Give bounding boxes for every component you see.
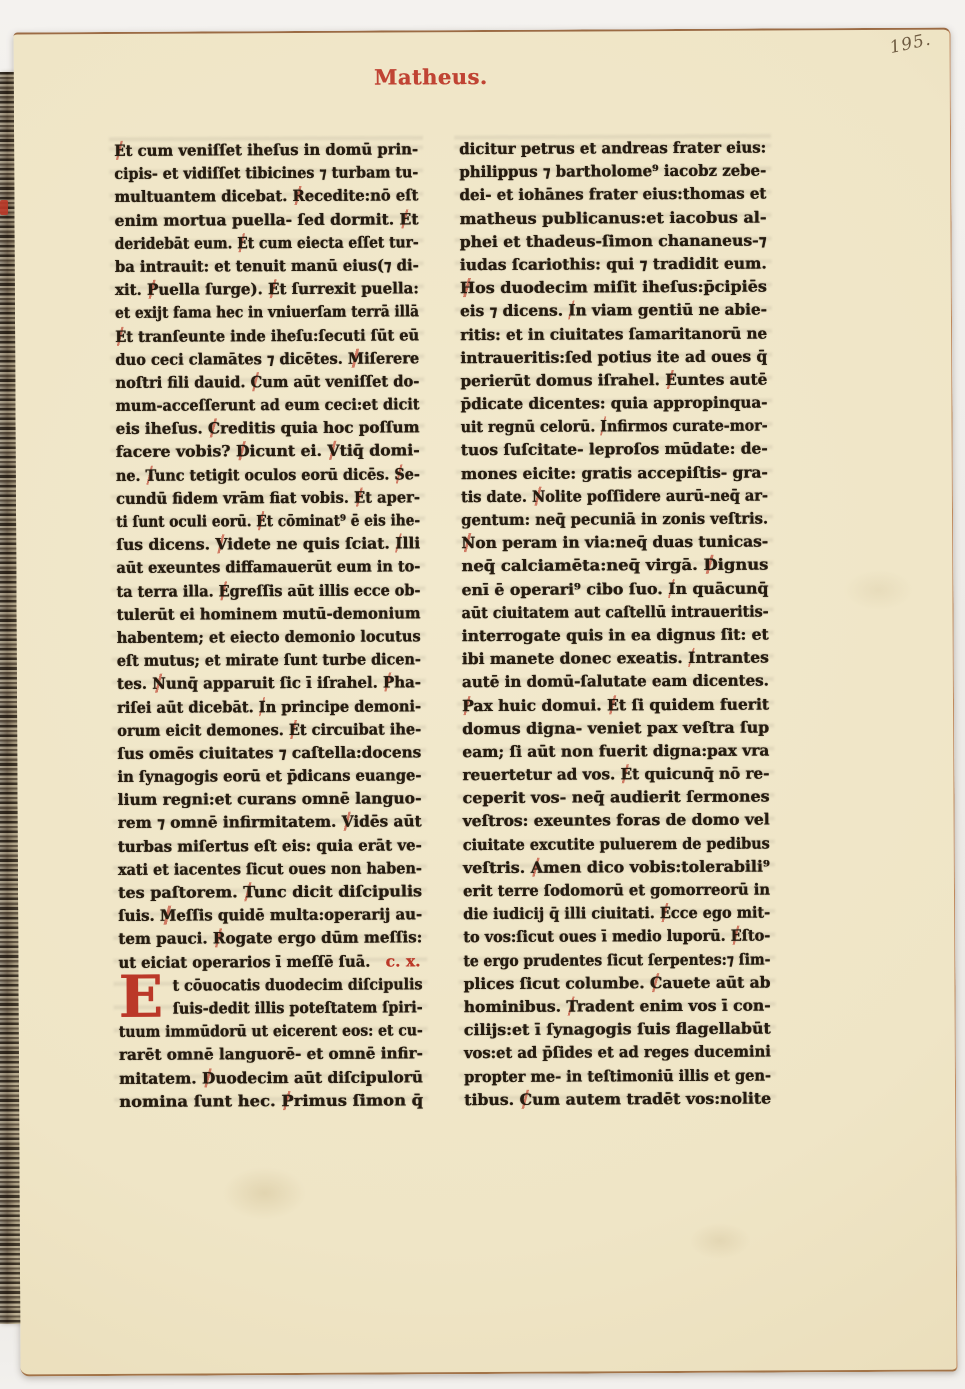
text-line: neq̄ calciamēta:neq̄ virgā. Dignus — [461, 553, 768, 578]
line-text: eſt mutus; et mirate ſunt turbe dicen- — [117, 647, 421, 672]
text-line: gentum: neq̄ pecuniā in zonis veſtris. — [461, 507, 768, 532]
line-text: enī ē operari⁹ cibo ſuo. In quācunq̄ — [461, 576, 768, 601]
line-text: eam; ſi aūt non fuerit digna:pax vra — [462, 738, 769, 763]
line-text: plices ſicut columbe. Cauete aūt ab — [463, 970, 770, 995]
line-text: tes paſtorem. Tunc dicit diſcipulis — [118, 879, 422, 904]
line-text: uit regnū celorū. Infirmos curate-mor- — [460, 414, 767, 439]
line-text: xati et iacentes ſicut oues non haben- — [118, 856, 422, 881]
rubricated-capital: I — [259, 697, 266, 716]
manuscript-page: 195. Matheus. Et cum veniſſet iheſus in … — [13, 28, 957, 1377]
line-text: vos:et ad p̄ſides et ad reges ducemini — [464, 1040, 771, 1065]
line-text: duo ceci clamātes ⁊ dicētes. Miſerere — [115, 346, 419, 371]
line-text: autē in domū-ſalutate eam dicentes. — [462, 669, 769, 694]
line-text: veſtris. Amen dico vobis:tolerabili⁹ — [463, 854, 770, 879]
text-line: in ſynagogis eorū et p̄dicans euange- — [117, 763, 421, 788]
text-line: rarēt omnē languorē- et omnē infir- — [119, 1042, 423, 1067]
text-line: p̄dicate dicentes: quia appropinqua- — [460, 391, 767, 416]
text-line: enī ē operari⁹ cibo ſuo. In quācunq̄ — [461, 576, 768, 601]
text-line: tuum immūdorū ut eicerent eos: et cu- — [119, 1018, 423, 1043]
text-line: uit regnū celorū. Infirmos curate-mor- — [460, 414, 767, 439]
text-line: Et cum veniſſet iheſus in domū prin- — [114, 137, 418, 162]
line-text: mum-acceſſerunt ad eum ceci:et dicit — [115, 392, 419, 417]
text-line: te ergo prudentes ſicut ſerpentes:⁊ ſim- — [463, 947, 770, 972]
rubricated-capital: E — [237, 233, 248, 252]
line-text: to vos:ſicut oues ī medio luporū. Eſto- — [463, 924, 770, 949]
line-text: aūt exeuntes diffamauerūt eum in to- — [116, 555, 420, 580]
line-text: hominibus. Tradent enim vos ī con- — [464, 993, 771, 1018]
rubricated-capital: V — [327, 441, 339, 460]
rubricated-capital: R — [292, 186, 304, 205]
line-text: iudas ſcariothis: qui ⁊ tradidit eum. — [460, 251, 767, 276]
text-line: ibi manete donec exeatis. Intrantes — [462, 646, 769, 671]
text-line: ti ſunt oculi eorū. Et cōminat⁹ ē eis ih… — [116, 508, 420, 533]
rubricated-capital: S — [394, 464, 404, 483]
line-text: mitatem. Duodecim aūt diſcipulorū — [119, 1065, 423, 1090]
line-text: t cōuocatis duodecim diſcipulis — [172, 972, 422, 997]
rubricated-capital: P — [383, 673, 394, 692]
line-text: cipis- et vidiſſet tibicines ⁊ turbam tu… — [114, 161, 418, 186]
line-text: ſus dicens. Videte ne quis ſciat. Illi — [116, 532, 420, 557]
line-text: Et cum veniſſet iheſus in domū prin- — [114, 137, 418, 162]
rubricated-capital: I — [568, 301, 575, 320]
line-text: ti ſunt oculi eorū. Et cōminat⁹ ē eis ih… — [116, 508, 420, 533]
rubricated-capital: P — [281, 1091, 293, 1110]
line-text: ritis: et in ciuitates ſamaritanorū ne — [460, 321, 767, 346]
text-line: plices ſicut columbe. Cauete aūt ab — [463, 970, 770, 995]
line-text: perierūt domus iſrahel. Euntes autē — [460, 367, 767, 392]
rubricated-capital: N — [461, 533, 475, 552]
line-text: die iudicij q̄ illi ciuitati. Ecce ego m… — [463, 901, 770, 926]
text-line: ba intrauit: et tenuit manū eius(⁊ di- — [115, 253, 419, 278]
rubricated-capital: E — [730, 926, 741, 945]
rubricated-capital: T — [566, 996, 577, 1015]
line-text: deridebāt eum. Et cum eiecta eſſet tur- — [115, 230, 419, 255]
text-line: riſei aūt dicebāt. In principe demoni- — [117, 694, 421, 719]
text-line: tes. Nunq̄ apparuit ſic ī iſrahel. Pha- — [117, 671, 421, 696]
text-line: Pax huic domui. Et ſi quidem fuerit — [462, 692, 769, 717]
line-text: ta terra illa. Egreſſis aūt illis ecce o… — [116, 578, 420, 603]
line-text: erit terre ſodomorū et gomorreorū in — [463, 878, 770, 903]
line-text: matheus publicanus:et iacobus al- — [459, 205, 766, 230]
text-line: matheus publicanus:et iacobus al- — [459, 205, 766, 230]
line-text: lium regni:et curans omnē languo- — [117, 787, 421, 812]
text-line: Non peram in via:neq̄ duas tunicas- — [461, 530, 768, 555]
text-line: die iudicij q̄ illi ciuitati. Ecce ego m… — [463, 901, 770, 926]
text-line: mum-acceſſerunt ad eum ceci:et dicit — [115, 392, 419, 417]
rubricated-capital: E — [115, 326, 126, 345]
text-line: cundū fidem vrām fiat vobis. Et aper- — [116, 485, 420, 510]
line-text: Non peram in via:neq̄ duas tunicas- — [461, 530, 768, 555]
text-line: multuantem dicebat. Recedite:nō eſt — [114, 184, 418, 209]
rubricated-capital: M — [160, 906, 177, 925]
text-line: cipis- et vidiſſet tibicines ⁊ turbam tu… — [114, 161, 418, 186]
line-text: ceperit vos- neq̄ audierit ſermones — [462, 785, 769, 810]
line-text: xit. Puella ſurge). Et ſurrexit puella: — [115, 276, 419, 301]
line-text: p̄dicate dicentes: quia appropinqua- — [460, 391, 767, 416]
red-edge-mark — [0, 200, 8, 215]
text-line: noſtri fili dauid. Cum aūt veniſſet do- — [115, 369, 419, 394]
line-text: rem ⁊ omnē infirmitatem. Vidēs aūt — [118, 810, 422, 835]
line-text: enim mortua puella- ſed dormit. Et — [114, 207, 418, 232]
line-text: tulerūt ei hominem mutū-demonium — [116, 601, 420, 626]
line-text: habentem; et eiecto demonio locutus — [117, 624, 421, 649]
text-line: tulerūt ei hominem mutū-demonium — [116, 601, 420, 626]
rubricated-capital: C — [208, 419, 220, 438]
line-text: propter me- in teſtimoniū illis et gen- — [464, 1063, 771, 1088]
text-line: et exijt fama hec in vniuerſam terrā ill… — [115, 300, 419, 325]
text-line: ciuitate excutite puluerem de pedibus — [463, 831, 770, 856]
text-line: veſtris. Amen dico vobis:tolerabili⁹ — [463, 854, 770, 879]
text-line: eam; ſi aūt non fuerit digna:pax vra — [462, 738, 769, 763]
text-line: eſt mutus; et mirate ſunt turbe dicen- — [117, 647, 421, 672]
line-text: eis ⁊ dicens. In viam gentiū ne abie- — [460, 298, 767, 323]
rubricated-capital: E — [660, 903, 671, 922]
text-column-right: dicitur petrus et andreas frater eius:ph… — [459, 136, 771, 1111]
text-line: hominibus. Tradent enim vos ī con- — [464, 993, 771, 1018]
rubricated-capital: I — [395, 534, 402, 553]
rubricated-capital: T — [145, 465, 154, 484]
text-line: to vos:ſicut oues ī medio luporū. Eſto- — [463, 924, 770, 949]
line-text: ibi manete donec exeatis. Intrantes — [462, 646, 769, 671]
rubricated-capital: T — [243, 882, 254, 901]
line-text: reuertetur ad vos. Et quicunq̄ nō re- — [462, 762, 769, 787]
rubricated-capital: C — [250, 372, 262, 391]
line-text: ne. Tunc tetigit oculos eorū dicēs. Se- — [116, 462, 420, 487]
line-text: dicitur petrus et andreas frater eius: — [459, 136, 766, 161]
text-line: lium regni:et curans omnē languo- — [117, 787, 421, 812]
text-line: mitatem. Duodecim aūt diſcipulorū — [119, 1065, 423, 1090]
text-line: ritis: et in ciuitates ſamaritanorū ne — [460, 321, 767, 346]
line-text: eis iheſus. Creditis quia hoc poſſum — [116, 416, 420, 441]
text-line: facere vobis? Dicunt ei. Vtiq̄ domi- — [116, 439, 420, 464]
text-line: xati et iacentes ſicut oues non haben- — [118, 856, 422, 881]
rubricated-capital: E — [218, 581, 229, 600]
scanned-page: 195. Matheus. Et cum veniſſet iheſus in … — [0, 0, 965, 1389]
line-text: dei- et iohānes frater eius:thomas et — [459, 182, 766, 207]
line-text: facere vobis? Dicunt ei. Vtiq̄ domi- — [116, 439, 420, 464]
line-text: ſuis. Meſſis quidē multa:operarij au- — [118, 903, 422, 928]
line-text: et exijt fama hec in vniuerſam terrā ill… — [115, 300, 419, 325]
text-line: ta terra illa. Egreſſis aūt illis ecce o… — [116, 578, 420, 603]
line-text: phei et thadeus-ſimon chananeus-⁊ — [460, 228, 767, 253]
line-text: neq̄ calciamēta:neq̄ virgā. Dignus — [461, 553, 768, 578]
chapter-marker: c. x. — [385, 949, 420, 972]
line-text: mones eicite: gratis accepiſtis- gra- — [461, 460, 768, 485]
text-line: propter me- in teſtimoniū illis et gen- — [464, 1063, 771, 1088]
line-text: Pax huic domui. Et ſi quidem fuerit — [462, 692, 769, 717]
text-line: autē in domū-ſalutate eam dicentes. — [462, 669, 769, 694]
text-line: habentem; et eiecto demonio locutus — [117, 624, 421, 649]
text-line: t cōuocatis duodecim diſcipulisE — [118, 972, 422, 997]
rubricated-capital: E — [289, 720, 300, 739]
text-line: iudas ſcariothis: qui ⁊ tradidit eum. — [460, 251, 767, 276]
text-line: nomina ſunt hec. Primus ſimon q̄ — [119, 1088, 423, 1113]
line-text: ſus omēs ciuitates ⁊ caſtella:docens — [117, 740, 421, 765]
rubricated-capital: E — [399, 209, 411, 228]
line-text: Hos duodecim miſit iheſus:p̄cipiēs — [460, 275, 767, 300]
line-text: ba intrauit: et tenuit manū eius(⁊ di- — [115, 253, 419, 278]
rubricated-capital: C — [650, 973, 662, 992]
line-text: riſei aūt dicebāt. In principe demoni- — [117, 694, 421, 719]
text-line: ſus omēs ciuitates ⁊ caſtella:docens — [117, 740, 421, 765]
line-text: rarēt omnē languorē- et omnē infir- — [119, 1042, 423, 1067]
text-line: dei- et iohānes frater eius:thomas et — [459, 182, 766, 207]
rubricated-capital: P — [462, 696, 473, 715]
line-text: domus digna- veniet pax veſtra ſup — [462, 715, 769, 740]
text-line: Et tranſeunte inde iheſu:ſecuti ſūt eū — [115, 323, 419, 348]
rubricated-capital: E — [354, 487, 365, 506]
text-line: ſuis. Meſſis quidē multa:operarij au- — [118, 903, 422, 928]
text-line: aūt exeuntes diffamauerūt eum in to- — [116, 555, 420, 580]
text-column-left: Et cum veniſſet iheſus in domū prin-cipi… — [114, 137, 423, 1112]
line-text: cundū fidem vrām fiat vobis. Et aper- — [116, 485, 420, 510]
rubricated-capital: A — [531, 858, 543, 877]
line-text: tes. Nunq̄ apparuit ſic ī iſrahel. Pha- — [117, 671, 421, 696]
text-line: phei et thadeus-ſimon chananeus-⁊ — [460, 228, 767, 253]
text-line: aūt ciuitatem aut caſtellū intraueritis- — [461, 599, 768, 624]
line-text: cilijs:et ī ſynagogis ſuis flagellabūt — [464, 1017, 771, 1042]
text-line: interrogate quis in ea dignus ſit: et — [462, 622, 769, 647]
rubricated-capital: I — [600, 417, 607, 436]
line-text: ſuis-dedit illis poteſtatem ſpiri- — [173, 995, 423, 1020]
text-line: turbas miſertus eſt eis: quia erāt ve- — [118, 833, 422, 858]
text-line: philippus ⁊ bartholome⁹ iacobz zebe- — [459, 159, 766, 184]
line-text: interrogate quis in ea dignus ſit: et — [462, 622, 769, 647]
text-line: ceperit vos- neq̄ audierit ſermones — [462, 785, 769, 810]
text-line: duo ceci clamātes ⁊ dicētes. Miſerere — [115, 346, 419, 371]
text-line: perierūt domus iſrahel. Euntes autē — [460, 367, 767, 392]
rubricated-capital: E — [268, 279, 280, 298]
rubricated-capital: E — [607, 695, 619, 714]
text-line: xit. Puella ſurge). Et ſurrexit puella: — [115, 276, 419, 301]
line-text: tuos ſuſcitate- leproſos mūdate: de- — [461, 437, 768, 462]
text-line: Hos duodecim miſit iheſus:p̄cipiēs — [460, 275, 767, 300]
line-text: Et tranſeunte inde iheſu:ſecuti ſūt eū — [115, 323, 419, 348]
text-line: tis date. Nolite poſſidere aurū-neq̄ ar- — [461, 483, 768, 508]
rubricated-capital: N — [532, 486, 545, 505]
rubricated-capital: I — [668, 579, 675, 598]
rubricated-capital: H — [460, 278, 475, 297]
line-text: nomina ſunt hec. Primus ſimon q̄ — [119, 1088, 423, 1113]
text-line: ſuis-dedit illis poteſtatem ſpiri- — [119, 995, 423, 1020]
line-text: aūt ciuitatem aut caſtellū intraueritis- — [461, 599, 768, 624]
text-line: mones eicite: gratis accepiſtis- gra- — [461, 460, 768, 485]
text-line: tuos ſuſcitate- leproſos mūdate: de- — [461, 437, 768, 462]
rubricated-capital: E — [114, 141, 125, 160]
text-line: enim mortua puella- ſed dormit. Et — [114, 207, 418, 232]
folio-number: 195. — [888, 30, 933, 58]
line-text: in ſynagogis eorū et p̄dicans euange- — [117, 763, 421, 788]
text-line: erit terre ſodomorū et gomorreorū in — [463, 878, 770, 903]
text-line: veſtros: exeuntes foras de domo vel — [463, 808, 770, 833]
line-text: intraueritis:ſed potius ite ad oues q̄ — [460, 344, 767, 369]
text-line: tibus. Cum autem tradēt vos:nolite — [464, 1086, 771, 1111]
rubricated-capital: R — [213, 929, 226, 948]
text-line: ſus dicens. Videte ne quis ſciat. Illi — [116, 532, 420, 557]
rubricated-capital: E — [665, 370, 677, 389]
line-text: tis date. Nolite poſſidere aurū-neq̄ ar- — [461, 483, 768, 508]
text-line: orum eicit demones. Et circuibat ihe- — [117, 717, 421, 742]
text-line: ut eiciat operarios ī meſſē ſuā.c. x. — [118, 949, 422, 974]
text-line: eis ⁊ dicens. In viam gentiū ne abie- — [460, 298, 767, 323]
text-line: domus digna- veniet pax veſtra ſup — [462, 715, 769, 740]
line-text: turbas miſertus eſt eis: quia erāt ve- — [118, 833, 422, 858]
rubricated-capital: D — [236, 442, 250, 461]
text-line: reuertetur ad vos. Et quicunq̄ nō re- — [462, 762, 769, 787]
text-line: ne. Tunc tetigit oculos eorū dicēs. Se- — [116, 462, 420, 487]
rubricated-capital: P — [147, 280, 158, 299]
text-line: tes paſtorem. Tunc dicit diſcipulis — [118, 879, 422, 904]
text-line: intraueritis:ſed potius ite ad oues q̄ — [460, 344, 767, 369]
text-line: vos:et ad p̄ſides et ad reges ducemini — [464, 1040, 771, 1065]
line-text: tibus. Cum autem tradēt vos:nolite — [464, 1086, 771, 1111]
rubricated-capital: D — [703, 555, 717, 574]
rubricated-capital: M — [348, 348, 364, 367]
rubricated-capital: E — [620, 764, 632, 783]
line-text: te ergo prudentes ſicut ſerpentes:⁊ ſim- — [463, 947, 770, 972]
line-text: veſtros: exeuntes foras de domo vel — [463, 808, 770, 833]
rubricated-capital: V — [215, 535, 227, 554]
line-text: gentum: neq̄ pecuniā in zonis veſtris. — [461, 507, 768, 532]
text-line: tem pauci. Rogate ergo dūm meſſis: — [118, 926, 422, 951]
line-text: tem pauci. Rogate ergo dūm meſſis: — [118, 926, 422, 951]
rubricated-capital: N — [152, 674, 166, 693]
text-line: rem ⁊ omnē infirmitatem. Vidēs aūt — [118, 810, 422, 835]
line-text: orum eicit demones. Et circuibat ihe- — [117, 717, 421, 742]
rubricated-capital: D — [202, 1068, 215, 1087]
text-line: eis iheſus. Creditis quia hoc poſſum — [116, 416, 420, 441]
text-line: cilijs:et ī ſynagogis ſuis flagellabūt — [464, 1017, 771, 1042]
line-text: ciuitate excutite puluerem de pedibus — [463, 831, 770, 856]
line-text: noſtri fili dauid. Cum aūt veniſſet do- — [115, 369, 419, 394]
line-text: philippus ⁊ bartholome⁹ iacobz zebe- — [459, 159, 766, 184]
line-text: tuum immūdorū ut eicerent eos: et cu- — [119, 1018, 423, 1043]
rubricated-capital: C — [519, 1089, 532, 1108]
rubricated-capital: E — [256, 511, 267, 530]
rubricated-capital: I — [688, 648, 695, 667]
line-text: multuantem dicebat. Recedite:nō eſt — [114, 184, 418, 209]
rubricated-capital: V — [342, 812, 354, 831]
text-line: deridebāt eum. Et cum eiecta eſſet tur- — [115, 230, 419, 255]
running-header: Matheus. — [374, 64, 488, 90]
text-line: dicitur petrus et andreas frater eius: — [459, 136, 766, 161]
